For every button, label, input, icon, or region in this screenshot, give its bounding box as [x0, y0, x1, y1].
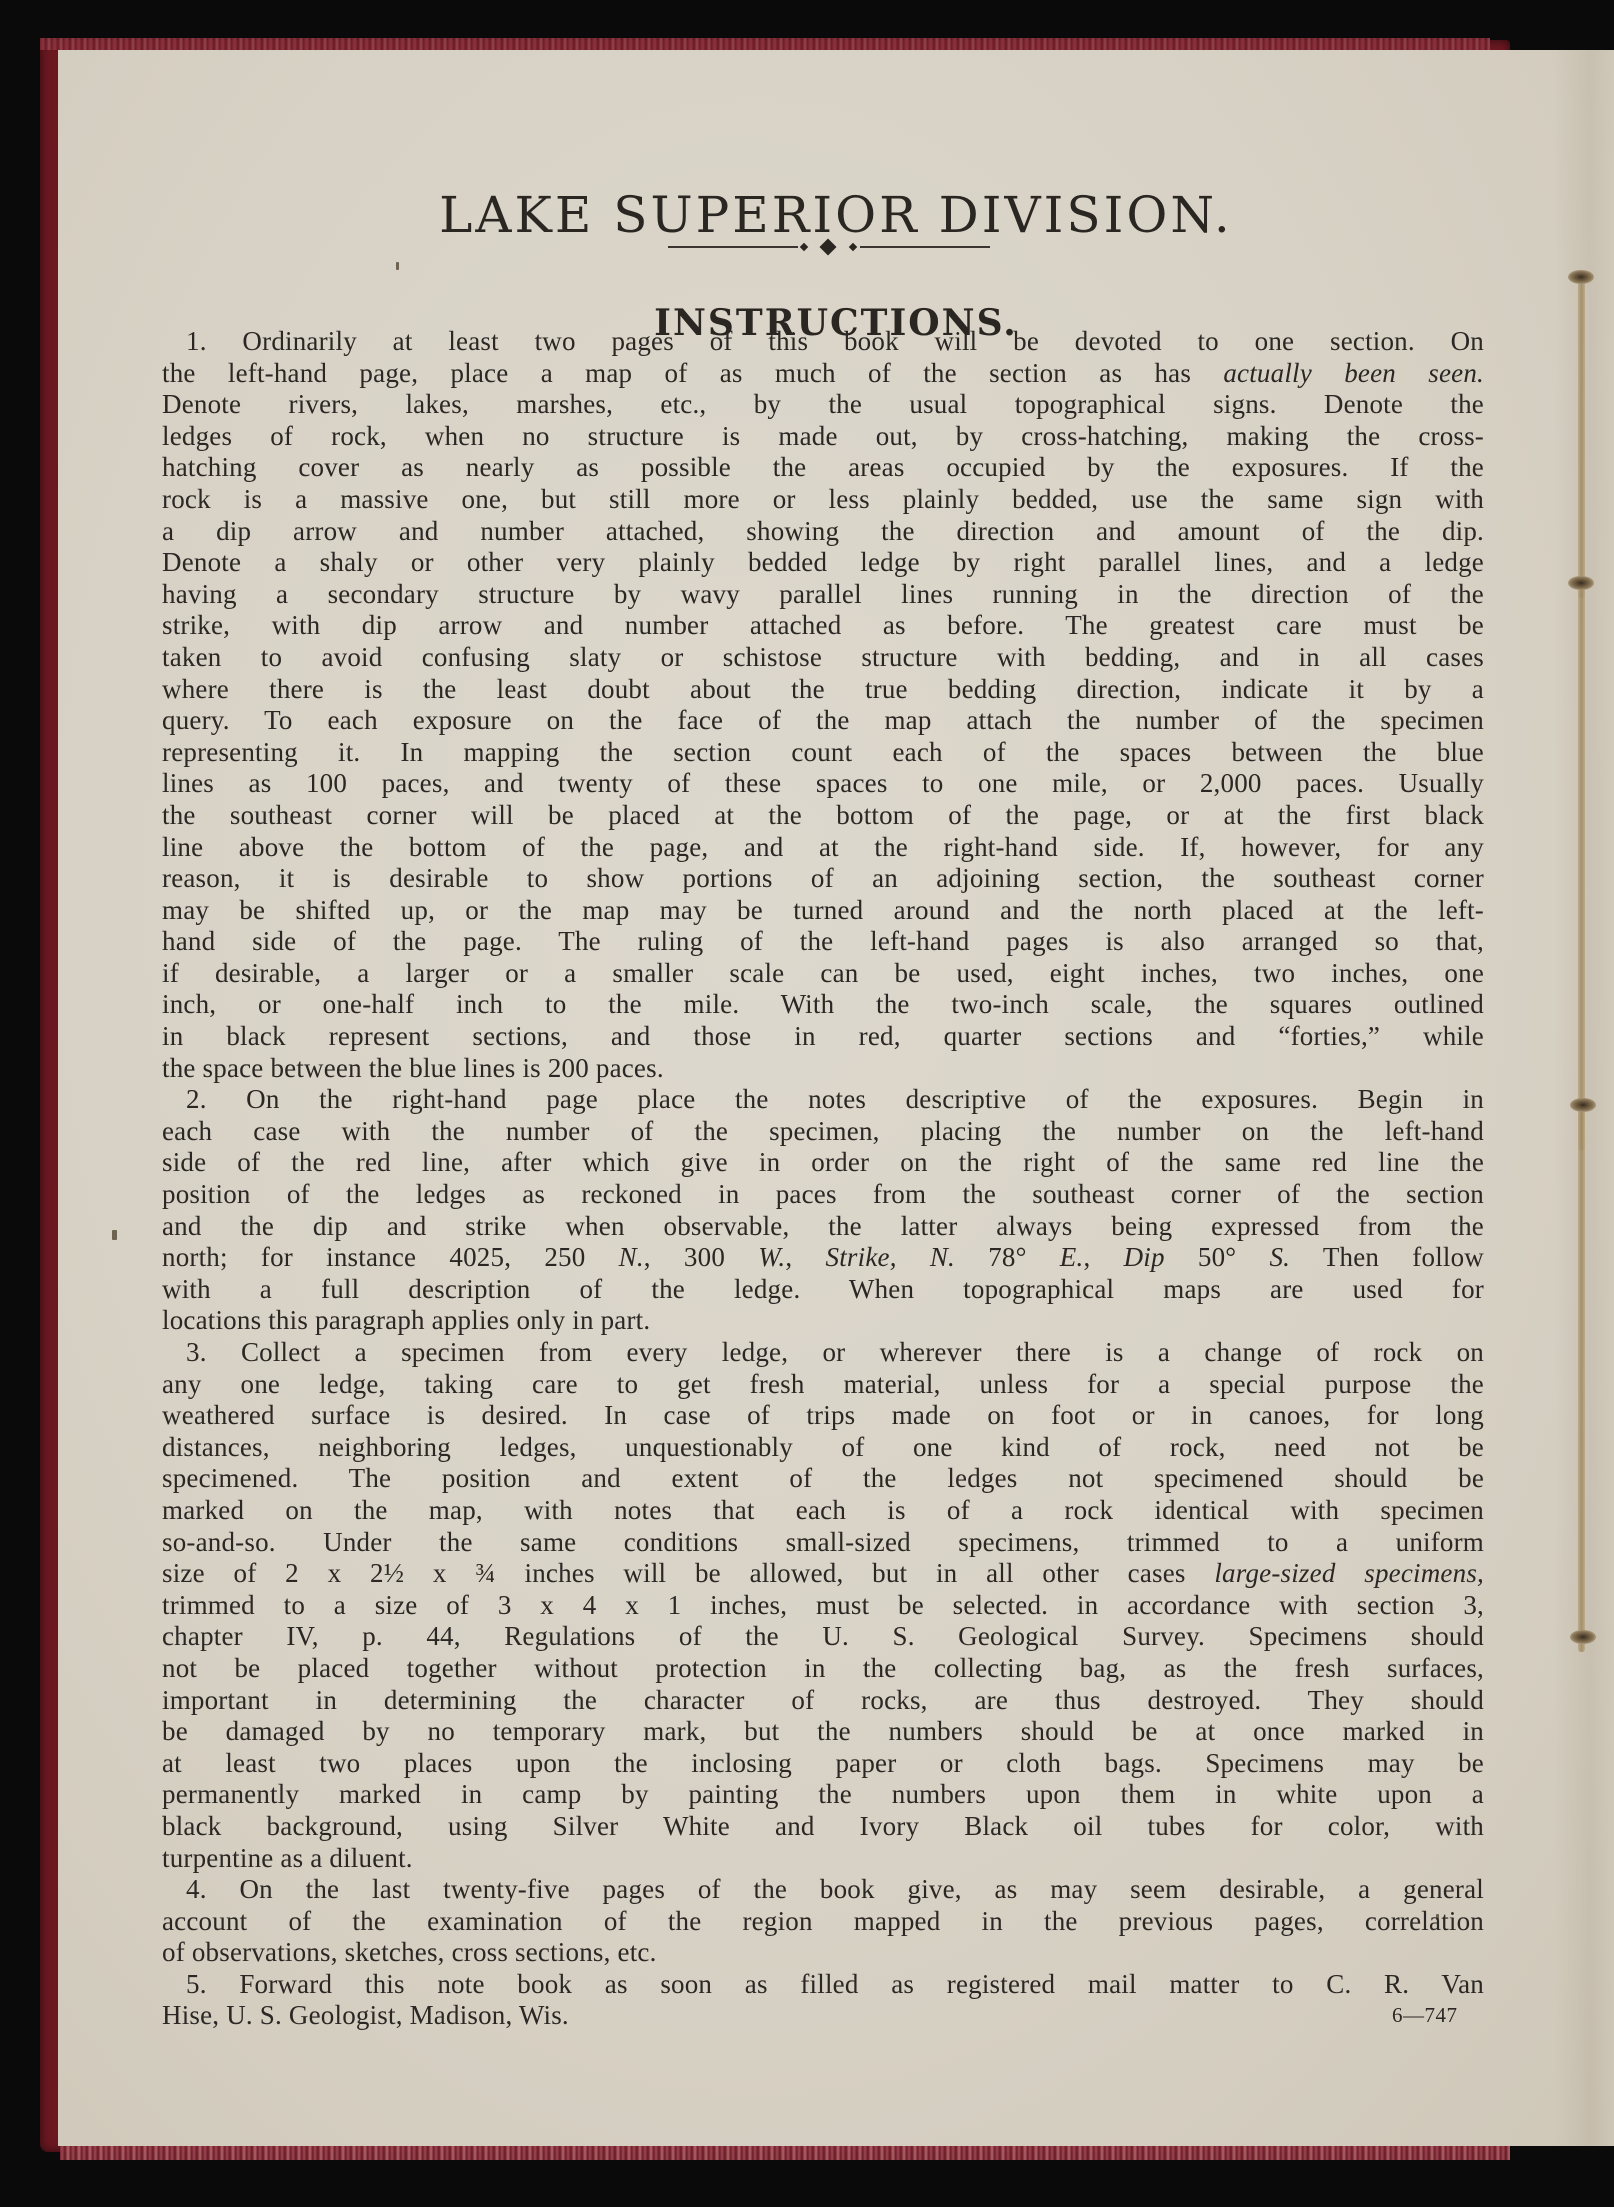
binding-stitch-knot: [1568, 576, 1594, 590]
diamond-icon: [820, 239, 837, 256]
text-line: hand side of the page. The ruling of the…: [162, 926, 1484, 958]
text-line: locations this paragraph applies only in…: [162, 1305, 1484, 1337]
diamond-icon: [800, 243, 808, 251]
binding-stitch-middle: [1578, 590, 1585, 1150]
text-line: 3. Collect a specimen from every ledge, …: [162, 1337, 1484, 1369]
paper-speck: [396, 262, 399, 270]
text-line: hatching cover as nearly as possible the…: [162, 452, 1484, 484]
text-line: specimened. The position and extent of t…: [162, 1463, 1484, 1495]
text-line: any one ledge, taking care to get fresh …: [162, 1369, 1484, 1401]
document-title: LAKE SUPERIOR DIVISION.: [58, 186, 1614, 244]
text-line: Hise, U. S. Geologist, Madison, Wis.6—74…: [162, 2000, 1484, 2032]
divider-line: [860, 246, 990, 248]
ornament-divider: [668, 240, 990, 254]
paragraph-3: 3. Collect a specimen from every ledge, …: [162, 1337, 1484, 1874]
text-line: marked on the map, with notes that each …: [162, 1495, 1484, 1527]
text-line: position of the ledges as reckoned in pa…: [162, 1179, 1484, 1211]
text-line: 2. On the right-hand page place the note…: [162, 1084, 1484, 1116]
binding-stitch-knot: [1570, 1098, 1596, 1112]
text-line: rock is a massive one, but still more or…: [162, 484, 1484, 516]
text-line: and the dip and strike when observable, …: [162, 1211, 1484, 1243]
text-line: with a full description of the ledge. Wh…: [162, 1274, 1484, 1306]
text-line: a dip arrow and number attached, showing…: [162, 516, 1484, 548]
text-line: strike, with dip arrow and number attach…: [162, 610, 1484, 642]
text-line: if desirable, a larger or a smaller scal…: [162, 958, 1484, 990]
text-line: line above the bottom of the page, and a…: [162, 832, 1484, 864]
text-line: so-and-so. Under the same conditions sma…: [162, 1527, 1484, 1559]
binding-stitch-knot: [1570, 1630, 1596, 1644]
text-line: the left-hand page, place a map of as mu…: [162, 358, 1484, 390]
paragraph-2: 2. On the right-hand page place the note…: [162, 1084, 1484, 1337]
form-number: 6—747: [1392, 2000, 1458, 2032]
text-line: size of 2 x 2½ x ¾ inches will be allowe…: [162, 1558, 1484, 1590]
text-line: not be placed together without protectio…: [162, 1653, 1484, 1685]
text-line: black background, using Silver White and…: [162, 1811, 1484, 1843]
paper-speck: [112, 1230, 117, 1240]
text-line: having a secondary structure by wavy par…: [162, 579, 1484, 611]
page: LAKE SUPERIOR DIVISION. INSTRUCTIONS. 1.…: [58, 50, 1614, 2146]
binding-stitch-lower: [1578, 1112, 1585, 1652]
text-line: trimmed to a size of 3 x 4 x 1 inches, m…: [162, 1590, 1484, 1622]
text-line: may be shifted up, or the map may be tur…: [162, 895, 1484, 927]
text-line: query. To each exposure on the face of t…: [162, 705, 1484, 737]
instructions-body: 1. Ordinarily at least two pages of this…: [162, 326, 1484, 2032]
text-line: the space between the blue lines is 200 …: [162, 1053, 1484, 1085]
text-line: lines as 100 paces, and twenty of these …: [162, 768, 1484, 800]
text-line: weathered surface is desired. In case of…: [162, 1400, 1484, 1432]
divider-line: [668, 246, 798, 248]
text-line: of observations, sketches, cross section…: [162, 1937, 1484, 1969]
text-line: inch, or one-half inch to the mile. With…: [162, 989, 1484, 1021]
text-line: 1. Ordinarily at least two pages of this…: [162, 326, 1484, 358]
diamond-icon: [849, 243, 857, 251]
text-line: important in determining the character o…: [162, 1685, 1484, 1717]
text-line: side of the red line, after which give i…: [162, 1147, 1484, 1179]
text-line: ledges of rock, when no structure is mad…: [162, 421, 1484, 453]
text-line: in black represent sections, and those i…: [162, 1021, 1484, 1053]
binding-stitch-knot: [1568, 270, 1594, 284]
text-line: representing it. In mapping the section …: [162, 737, 1484, 769]
paragraph-5: 5. Forward this note book as soon as fil…: [162, 1969, 1484, 2032]
text-line: Denote a shaly or other very plainly bed…: [162, 547, 1484, 579]
text-line: be damaged by no temporary mark, but the…: [162, 1716, 1484, 1748]
text-line: where there is the least doubt about the…: [162, 674, 1484, 706]
paragraph-4: 4. On the last twenty-five pages of the …: [162, 1874, 1484, 1969]
text-line: reason, it is desirable to show portions…: [162, 863, 1484, 895]
text-line: north; for instance 4025, 250 N., 300 W.…: [162, 1242, 1484, 1274]
cover-bottom-edge: [60, 2146, 1510, 2160]
text-line: at least two places upon the inclosing p…: [162, 1748, 1484, 1780]
text-line: account of the examination of the region…: [162, 1906, 1484, 1938]
text-line: 4. On the last twenty-five pages of the …: [162, 1874, 1484, 1906]
text-line: 5. Forward this note book as soon as fil…: [162, 1969, 1484, 2001]
text-line: taken to avoid confusing slaty or schist…: [162, 642, 1484, 674]
cover-top-edge: [40, 38, 1490, 50]
text-line: distances, neighboring ledges, unquestio…: [162, 1432, 1484, 1464]
text-line: Denote rivers, lakes, marshes, etc., by …: [162, 389, 1484, 421]
text-line: chapter IV, p. 44, Regulations of the U.…: [162, 1621, 1484, 1653]
paragraph-1: 1. Ordinarily at least two pages of this…: [162, 326, 1484, 1084]
text-line: turpentine as a diluent.: [162, 1843, 1484, 1875]
text-line: the southeast corner will be placed at t…: [162, 800, 1484, 832]
text-line: permanently marked in camp by painting t…: [162, 1779, 1484, 1811]
text-line: each case with the number of the specime…: [162, 1116, 1484, 1148]
